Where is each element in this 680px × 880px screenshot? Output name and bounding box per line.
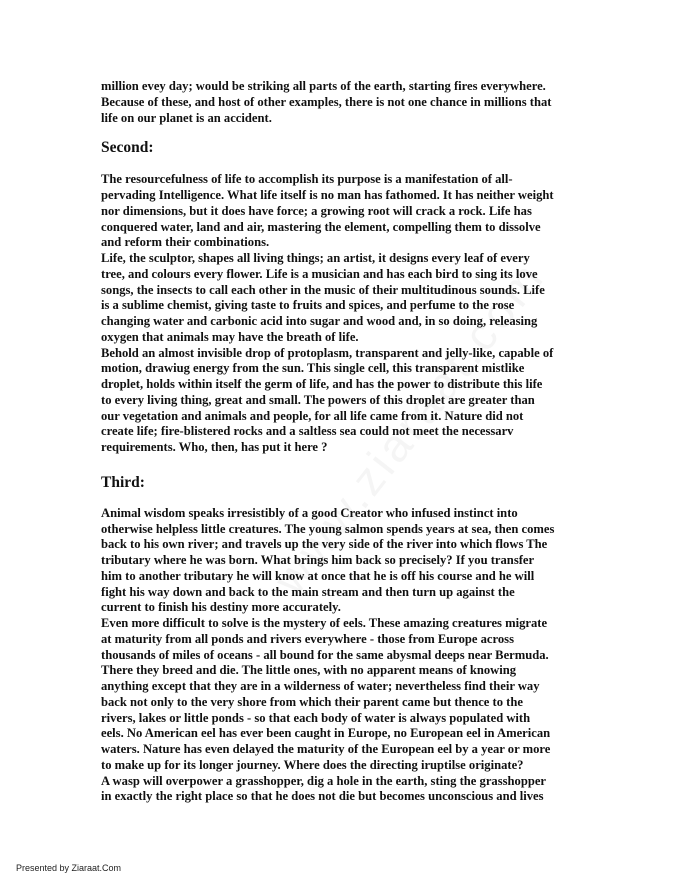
text-line: our vegetation and animals and people, f… (101, 409, 586, 425)
text-line: Life, the sculptor, shapes all living th… (101, 251, 586, 267)
section-heading-third: Third: (101, 474, 586, 492)
text-line: A wasp will overpower a grasshopper, dig… (101, 774, 586, 790)
text-line: him to another tributary he will know at… (101, 569, 586, 585)
text-line: fight his way down and back to the main … (101, 585, 586, 601)
paragraph-salmon: Animal wisdom speaks irresistibly of a g… (101, 506, 586, 616)
text-line: Even more difficult to solve is the myst… (101, 616, 586, 632)
document-page: million evey day; would be striking all … (101, 79, 586, 805)
text-line: rivers, lakes or little ponds - so that … (101, 711, 586, 727)
text-line: tree, and colours every flower. Life is … (101, 267, 586, 283)
text-line: The resourcefulness of life to accomplis… (101, 172, 586, 188)
text-line: motion, drawiug energy from the sun. Thi… (101, 361, 586, 377)
text-line: otherwise helpless little creatures. The… (101, 522, 586, 538)
text-line: changing water and carbonic acid into su… (101, 314, 586, 330)
text-line: droplet, holds within itself the germ of… (101, 377, 586, 393)
text-line: Because of these, and host of other exam… (101, 95, 586, 111)
text-line: tributary where he was born. What brings… (101, 553, 586, 569)
text-line: is a sublime chemist, giving taste to fr… (101, 298, 586, 314)
section-heading-second: Second: (101, 139, 586, 157)
text-line: thousands of miles of oceans - all bound… (101, 648, 586, 664)
paragraph-sculptor: Life, the sculptor, shapes all living th… (101, 251, 586, 346)
paragraph-protoplasm: Behold an almost invisible drop of proto… (101, 346, 586, 456)
text-line: create life; fire-blistered rocks and a … (101, 424, 586, 440)
text-line: million evey day; would be striking all … (101, 79, 586, 95)
text-line: Behold an almost invisible drop of proto… (101, 346, 586, 362)
text-line: at maturity from all ponds and rivers ev… (101, 632, 586, 648)
paragraph-wasp: A wasp will overpower a grasshopper, dig… (101, 774, 586, 806)
footer-credit: Presented by Ziaraat.Com (16, 863, 121, 873)
text-line: There they breed and die. The little one… (101, 663, 586, 679)
text-line: eels. No American eel has ever been caug… (101, 726, 586, 742)
text-line: pervading Intelligence. What life itself… (101, 188, 586, 204)
text-line: requirements. Who, then, has put it here… (101, 440, 586, 456)
text-line: nor dimensions, but it does have force; … (101, 204, 586, 220)
text-line: in exactly the right place so that he do… (101, 789, 586, 805)
text-line: life on our planet is an accident. (101, 111, 586, 127)
text-line: to make up for its longer journey. Where… (101, 758, 586, 774)
text-line: Animal wisdom speaks irresistibly of a g… (101, 506, 586, 522)
text-line: conquered water, land and air, mastering… (101, 220, 586, 236)
text-line: waters. Nature has even delayed the matu… (101, 742, 586, 758)
text-line: current to finish his destiny more accur… (101, 600, 586, 616)
text-line: songs, the insects to call each other in… (101, 283, 586, 299)
paragraph-resourcefulness: The resourcefulness of life to accomplis… (101, 172, 586, 251)
text-line: back not only to the very shore from whi… (101, 695, 586, 711)
text-line: and reform their combinations. (101, 235, 586, 251)
text-line: anything except that they are in a wilde… (101, 679, 586, 695)
intro-paragraph: million evey day; would be striking all … (101, 79, 586, 126)
text-line: to every living thing, great and small. … (101, 393, 586, 409)
text-line: back to his own river; and travels up th… (101, 537, 586, 553)
paragraph-eels: Even more difficult to solve is the myst… (101, 616, 586, 774)
text-line: oxygen that animals may have the breath … (101, 330, 586, 346)
